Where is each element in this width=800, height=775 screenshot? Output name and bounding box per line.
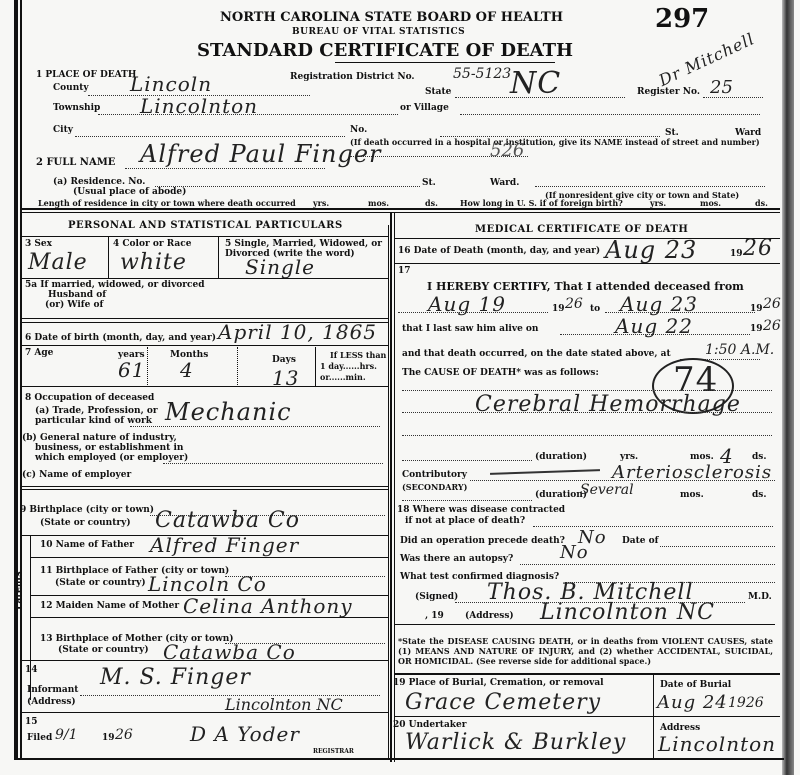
village-label: or Village xyxy=(400,103,449,113)
contributory-label: Contributory xyxy=(402,470,467,480)
contributory-value: Arteriosclerosis xyxy=(612,462,772,483)
operation-date-label: Date of xyxy=(622,536,659,546)
husband-of-label: Husband of xyxy=(48,290,106,300)
years-value: 61 xyxy=(118,358,145,382)
informant-value: M. S. Finger xyxy=(100,665,251,690)
duration-yrs-label: yrs. xyxy=(620,452,638,462)
attended-to-year: 26 xyxy=(763,296,781,312)
length-mos-label: mos. xyxy=(368,198,389,208)
autopsy-value: No xyxy=(560,542,589,563)
length-of-residence-label: Length of residence in city or town wher… xyxy=(38,198,296,208)
title-underline xyxy=(335,62,555,63)
employer-label: (c) Name of employer xyxy=(22,470,131,480)
sex-value: Male xyxy=(28,250,88,275)
last-seen-value: Aug 22 xyxy=(615,314,693,338)
filed-year-prefix: 19 xyxy=(102,733,115,743)
sex-label: 3 Sex xyxy=(25,239,52,249)
filed-year: 26 xyxy=(115,727,133,743)
mother-birthplace-sub-label: (State or country) xyxy=(58,645,149,655)
date-of-birth-label: 6 Date of birth (month, day, and year) xyxy=(25,333,216,343)
father-birthplace-value: Lincoln Co xyxy=(148,572,267,596)
foreign-ds-label: ds. xyxy=(755,198,768,208)
where-contracted-label-2: if not at place of death? xyxy=(405,516,525,526)
register-number-value: 25 xyxy=(710,77,733,98)
cause-of-death-value: Cerebral Hemorrhage xyxy=(475,392,741,417)
secondary-label: (SECONDARY) xyxy=(402,482,467,492)
certify-number: 17 xyxy=(398,266,411,276)
attended-from-year: 26 xyxy=(565,296,583,312)
death-time-label: and that death occurred, on the date sta… xyxy=(402,349,671,359)
marital-status-value: Single xyxy=(245,255,315,279)
cause-footnote: *State the DISEASE CAUSING DEATH, or in … xyxy=(398,636,773,666)
foreign-yrs-label: yrs. xyxy=(650,198,666,208)
contrib-duration-value: Several xyxy=(580,482,634,498)
stamp-number: 297 xyxy=(655,4,709,34)
occupation-value: Mechanic xyxy=(165,398,292,426)
struck-out-text xyxy=(490,469,600,475)
attended-from-value: Aug 19 xyxy=(428,292,506,316)
minutes-label: or......min. xyxy=(320,372,366,382)
date-of-birth-value: April 10, 1865 xyxy=(218,320,377,344)
age-label: 7 Age xyxy=(25,348,53,358)
md-label: M.D. xyxy=(748,592,772,602)
margin-note: Dr Mitchell xyxy=(656,29,758,90)
duration-ds-label: ds. xyxy=(752,452,767,462)
county-value: Lincoln xyxy=(130,72,212,96)
birthplace-label: 9 Birthplace (city or town) xyxy=(20,505,154,515)
signed-year-label: , 19 xyxy=(425,611,444,621)
full-name-annotation: 526 xyxy=(490,140,524,161)
length-ds-label: ds. xyxy=(425,198,438,208)
informant-label: Informant xyxy=(27,685,78,695)
trade-label-2: particular kind of work xyxy=(35,416,152,426)
date-of-death-label: 16 Date of Death (month, day, and year) xyxy=(398,246,600,256)
left-border xyxy=(14,0,18,760)
burial-date-year: 1926 xyxy=(728,695,764,711)
filed-date: 9/1 xyxy=(55,727,78,743)
undertaker-label: 20 Undertaker xyxy=(393,720,467,730)
registration-district-value: 55-5123 xyxy=(453,66,511,82)
bureau-title: BUREAU OF VITAL STATISTICS xyxy=(292,27,465,37)
less-than-label: If LESS than xyxy=(330,350,386,360)
number-label: No. xyxy=(350,125,367,135)
signed-label: (Signed) xyxy=(415,592,458,602)
father-birthplace-sub-label: (State or country) xyxy=(55,578,146,588)
registrar-label: REGISTRAR xyxy=(313,748,354,755)
trade-label: (a) Trade, Profession, or xyxy=(35,406,158,416)
spouse-label: 5a If married, widowed, or divorced xyxy=(25,280,205,290)
death-certificate: NORTH CAROLINA STATE BOARD OF HEALTH BUR… xyxy=(0,0,800,775)
residence-label: (a) Residence. No. xyxy=(53,177,145,187)
length-yrs-label: yrs. xyxy=(313,198,329,208)
months-value: 4 xyxy=(180,358,194,382)
agency-title: NORTH CAROLINA STATE BOARD OF HEALTH xyxy=(220,10,563,25)
right-scan-edge xyxy=(782,0,794,775)
column-divider xyxy=(390,212,392,762)
attended-to-value: Aug 23 xyxy=(620,292,698,316)
father-name-label: 10 Name of Father xyxy=(40,540,134,550)
birthplace-sub-label: (State or country) xyxy=(40,518,131,528)
burial-place-label: 19 Place of Burial, Cremation, or remova… xyxy=(393,678,604,688)
medical-section-title: MEDICAL CERTIFICATE OF DEATH xyxy=(475,224,688,235)
industry-label: (b) General nature of industry, xyxy=(22,433,177,443)
physician-address-label: (Address) xyxy=(465,611,514,621)
date-of-death-year: 26 xyxy=(743,236,773,261)
color-race-value: white xyxy=(120,250,187,275)
county-label: County xyxy=(53,83,89,93)
where-contracted-label: 18 Where was disease contracted xyxy=(397,505,565,515)
parents-label: Parents xyxy=(14,571,24,610)
date-of-death-value: Aug 23 xyxy=(605,236,697,264)
mother-name-value: Celina Anthony xyxy=(183,594,353,618)
informant-address-label: (Address) xyxy=(27,697,76,707)
cause-of-death-label: The CAUSE OF DEATH* was as follows: xyxy=(402,368,599,378)
burial-date-label: Date of Burial xyxy=(660,680,731,690)
register-number-label: Register No. xyxy=(637,87,700,97)
days-label: Days xyxy=(272,355,296,365)
state-label: State xyxy=(425,87,451,97)
city-label: City xyxy=(53,125,73,135)
usual-abode-label: (Usual place of abode) xyxy=(73,187,186,197)
industry-label-3: which employed (or employer) xyxy=(35,453,188,463)
burial-date-value: Aug 24 xyxy=(657,692,728,713)
duration-mos-label: mos. xyxy=(690,452,714,462)
residence-ward-label: Ward. xyxy=(490,178,519,188)
left-border-inner xyxy=(20,0,22,760)
to-label: to xyxy=(590,304,600,314)
death-year-prefix: 19 xyxy=(730,249,743,259)
contrib-mos-label: mos. xyxy=(680,490,704,500)
place-of-death-label: 1 PLACE OF DEATH xyxy=(36,70,136,80)
document-title: STANDARD CERTIFICATE OF DEATH xyxy=(197,40,573,61)
state-value: NC xyxy=(510,66,561,101)
wife-of-label: (or) Wife of xyxy=(45,300,103,310)
occupation-label: 8 Occupation of deceased xyxy=(25,393,154,403)
industry-label-2: business, or establishment in xyxy=(35,443,183,453)
informant-number: 14 xyxy=(25,665,38,675)
residence-street-label: St. xyxy=(422,178,436,188)
undertaker-value: Warlick & Burkley xyxy=(405,730,626,755)
contrib-ds-label: ds. xyxy=(752,490,767,500)
color-race-label: 4 Color or Race xyxy=(113,239,191,249)
registrar-signature: D A Yoder xyxy=(190,722,300,746)
hospital-note: (If death occurred in a hospital or inst… xyxy=(350,137,760,147)
filed-label: Filed xyxy=(27,733,52,743)
hours-label: 1 day......hrs. xyxy=(320,361,377,371)
operation-label: Did an operation precede death? xyxy=(400,536,565,546)
township-value: Lincolnton xyxy=(140,94,258,118)
undertaker-address-value: Lincolnton xyxy=(658,732,776,756)
foreign-mos-label: mos. xyxy=(700,198,721,208)
personal-section-title: PERSONAL AND STATISTICAL PARTICULARS xyxy=(68,220,343,231)
burial-place-value: Grace Cemetery xyxy=(405,690,601,715)
township-label: Township xyxy=(53,103,100,113)
duration-label: (duration) xyxy=(535,452,587,462)
registration-district-label: Registration District No. xyxy=(290,72,415,82)
death-time-value: 1:50 A.M. xyxy=(705,342,774,358)
last-seen-label: that I last saw him alive on xyxy=(402,324,538,334)
filed-number: 15 xyxy=(25,717,38,727)
foreign-birth-label: How long in U. S. if of foreign birth? xyxy=(460,198,623,208)
physician-address-value: Lincolnton NC xyxy=(540,600,715,625)
full-name-label: 2 FULL NAME xyxy=(36,157,115,168)
full-name-value: Alfred Paul Finger xyxy=(140,140,382,168)
father-name-value: Alfred Finger xyxy=(150,533,299,557)
autopsy-label: Was there an autopsy? xyxy=(400,554,513,564)
mother-name-label: 12 Maiden Name of Mother xyxy=(40,601,179,611)
birthplace-value: Catawba Co xyxy=(155,508,300,533)
last-seen-year: 26 xyxy=(763,318,781,334)
